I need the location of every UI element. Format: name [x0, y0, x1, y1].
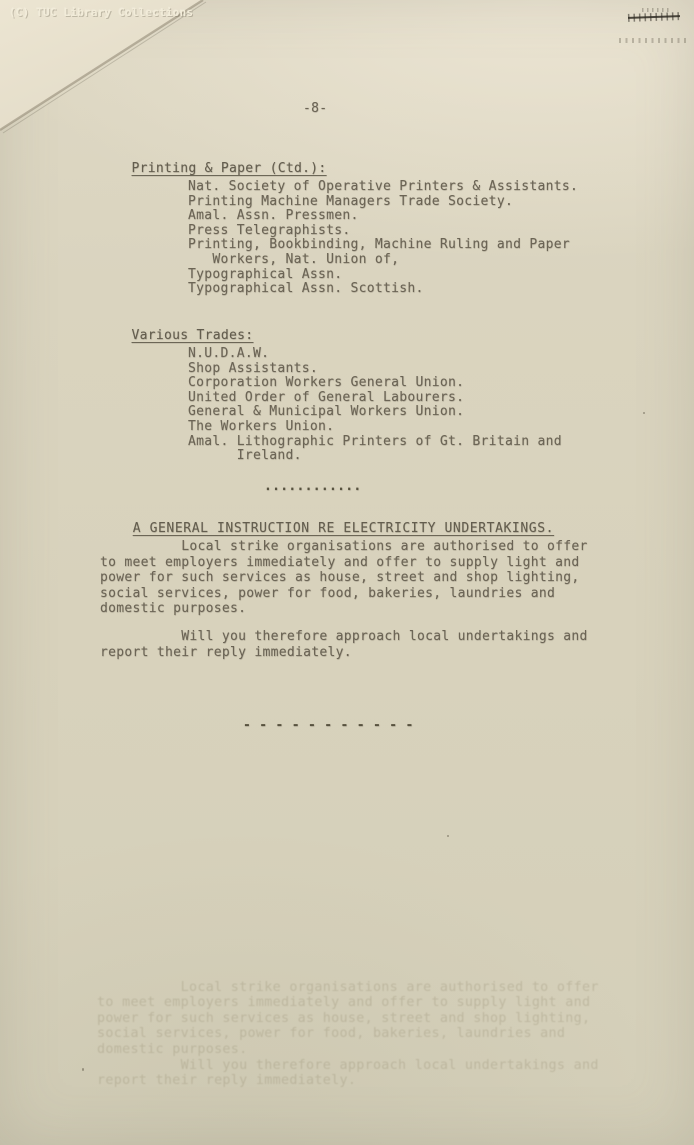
list-item: Corporation Workers General Union.: [188, 376, 562, 391]
list-item: Nat. Society of Operative Printers & Ass…: [188, 180, 578, 195]
list-item: Amal. Assn. Pressmen.: [188, 209, 578, 224]
document-page: (C) TUC Library Collections -8- Printing…: [0, 0, 694, 1145]
paper-speck: [82, 1068, 84, 1071]
list-item: The Workers Union.: [188, 420, 562, 435]
paper-speck: [447, 835, 449, 837]
page-number: -8-: [303, 101, 327, 116]
instruction-paragraph-1: Local strike organisations are authorise…: [100, 539, 588, 617]
list-item: Printing, Bookbinding, Machine Ruling an…: [188, 238, 578, 267]
copyright-watermark: (C) TUC Library Collections: [9, 6, 193, 19]
dashed-separator: - - - - - - - - - - -: [243, 718, 414, 733]
union-list-various-trades: N.U.D.A.W.Shop Assistants.Corporation Wo…: [188, 347, 562, 464]
list-item: N.U.D.A.W.: [188, 347, 562, 362]
list-item: Amal. Lithographic Printers of Gt. Brita…: [188, 435, 562, 464]
list-item: Printing Machine Managers Trade Society.: [188, 195, 578, 210]
list-item: General & Municipal Workers Union.: [188, 405, 562, 420]
faint-stamp-marks: [619, 38, 687, 43]
dotted-separator: ............: [264, 479, 362, 494]
bleedthrough-paragraph-1: Local strike organisations are authorise…: [97, 980, 599, 1057]
bleedthrough-paragraph-2: Will you therefore approach local undert…: [97, 1058, 599, 1089]
crossed-out-scribble: [628, 12, 680, 22]
list-item: Typographical Assn. Scottish.: [188, 282, 578, 297]
page-fold-crease: [0, 0, 230, 145]
illegible-pencil-marks-top: [642, 8, 672, 12]
list-item: Shop Assistants.: [188, 362, 562, 377]
union-list-printing-paper: Nat. Society of Operative Printers & Ass…: [188, 180, 578, 297]
instruction-paragraph-2: Will you therefore approach local undert…: [100, 629, 588, 660]
list-item: Typographical Assn.: [188, 268, 578, 283]
paper-speck: [643, 412, 645, 414]
